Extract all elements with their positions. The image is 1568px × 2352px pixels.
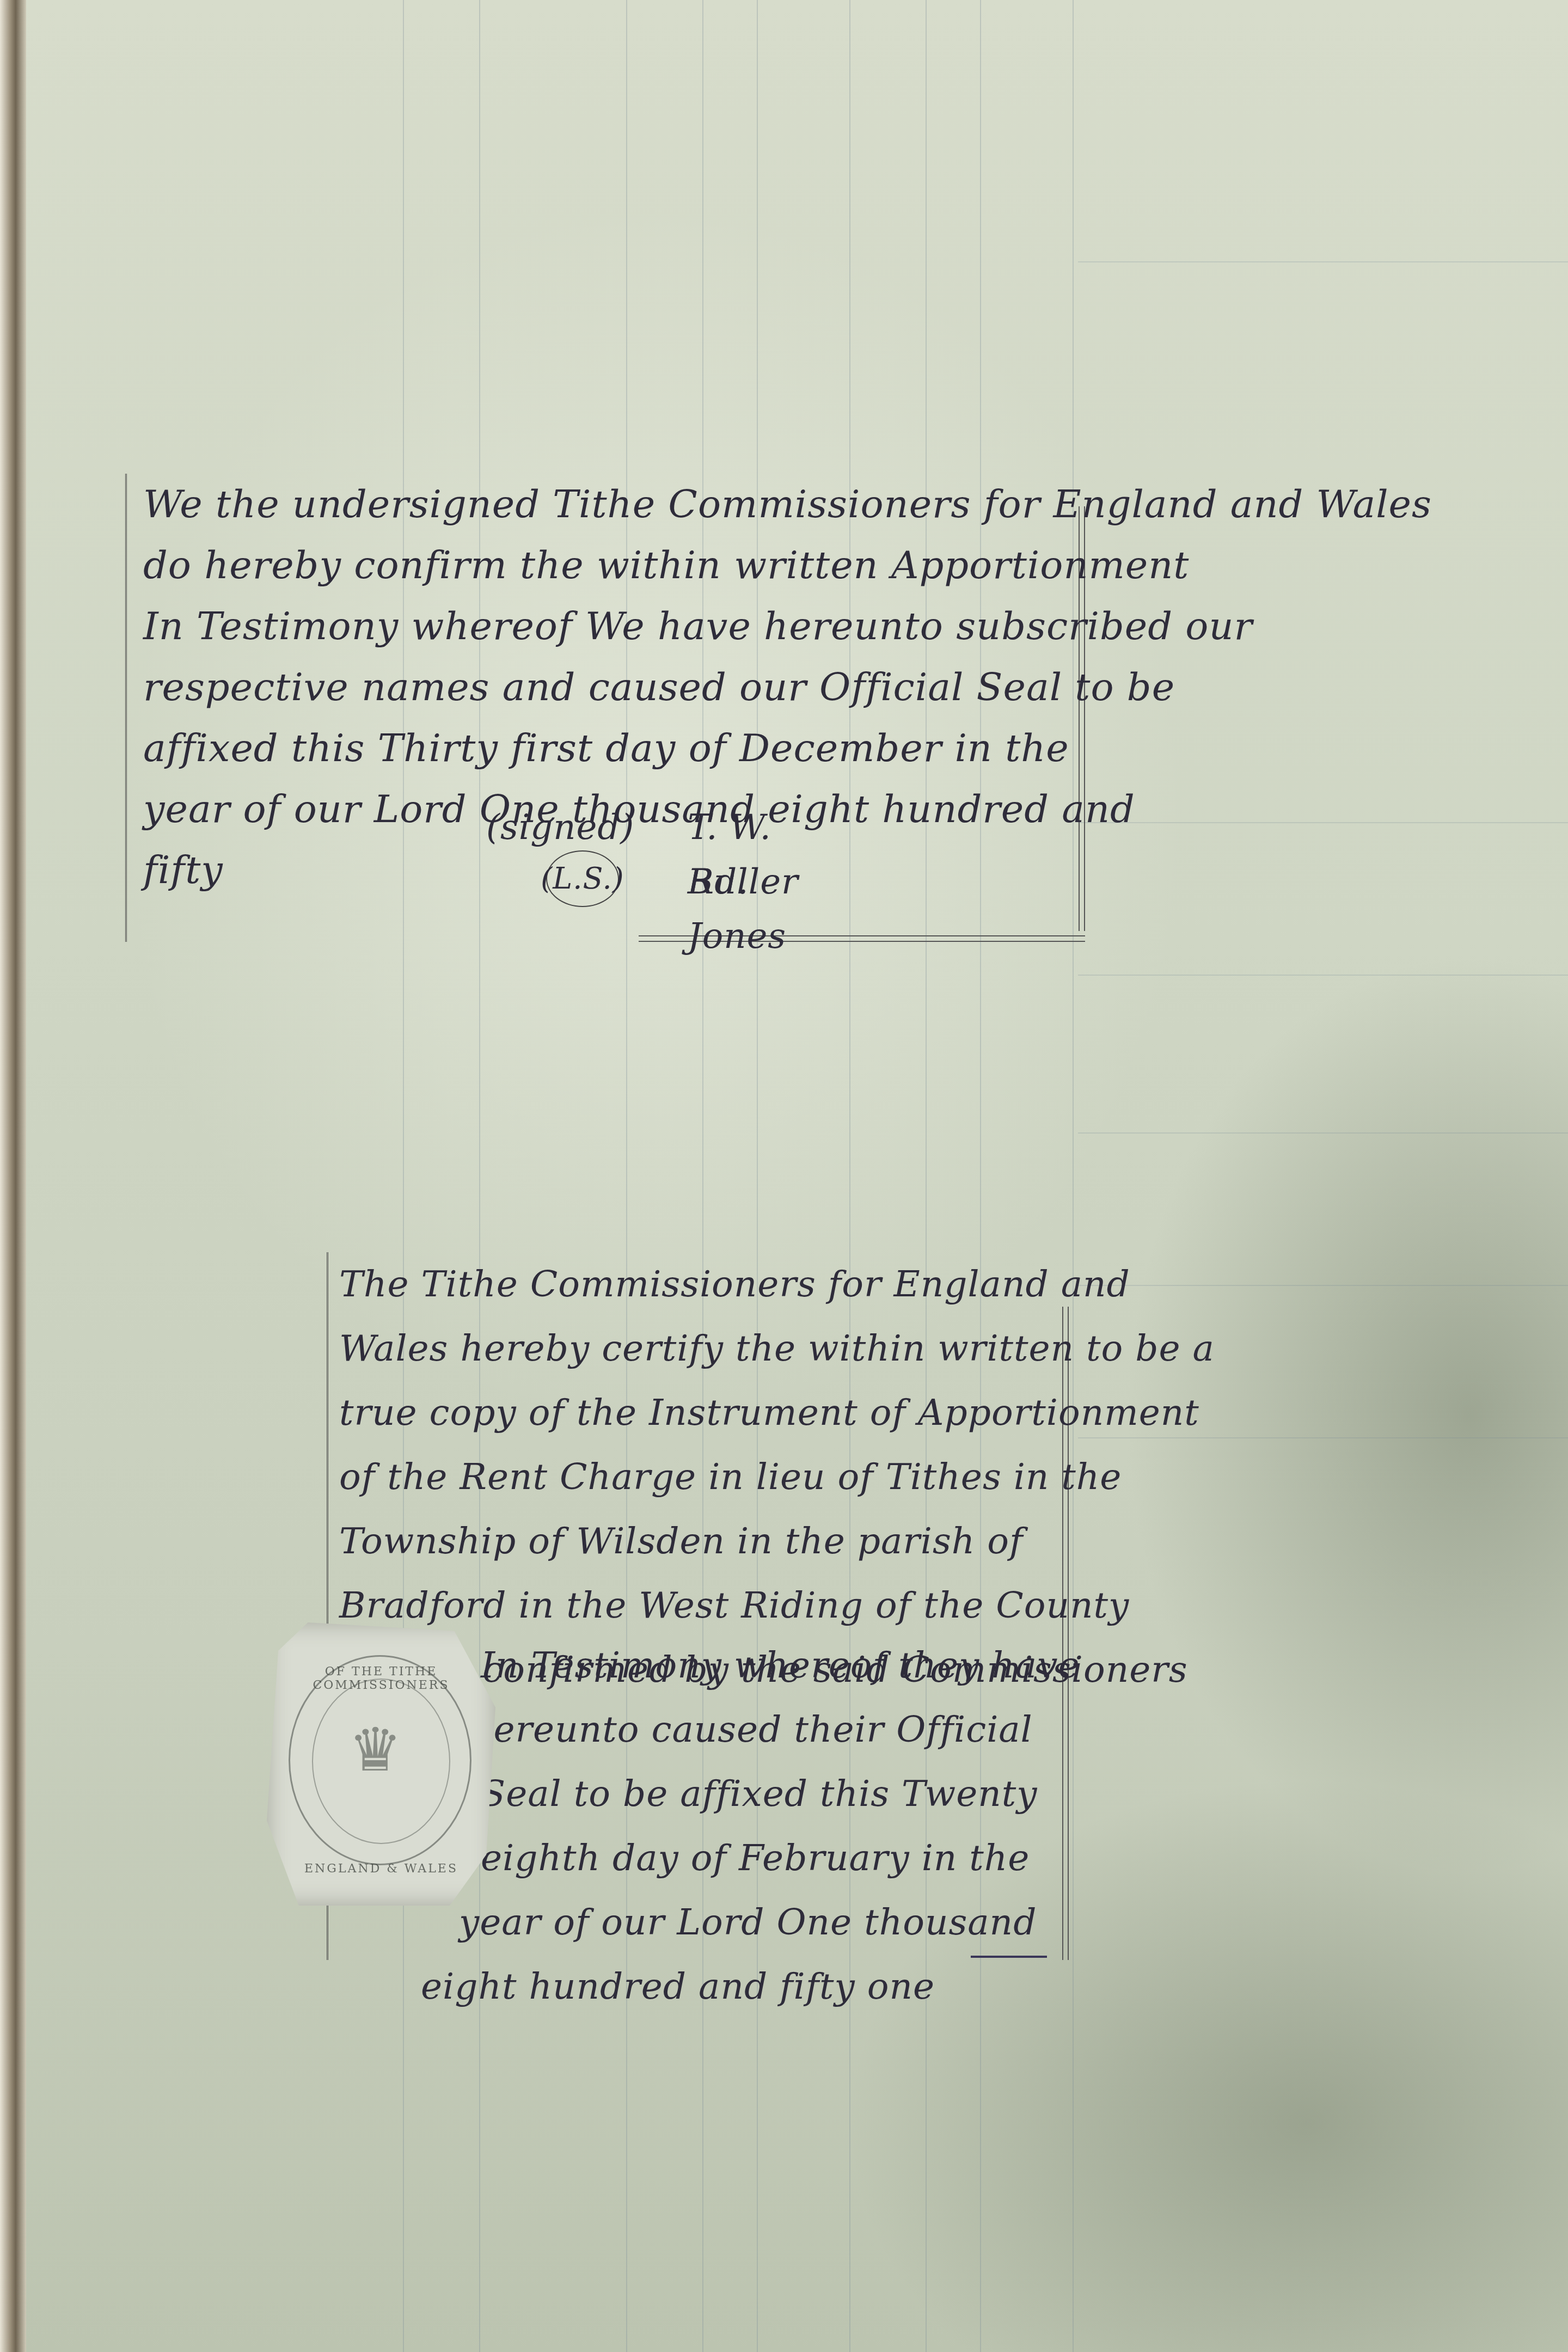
document-page: We the undersigned Tithe Commissioners f… bbox=[0, 0, 1568, 2352]
book-binding-edge bbox=[0, 0, 26, 2352]
text-line: year of our Lord One thousand bbox=[459, 1890, 1080, 1955]
text-line: Bradford in the West Riding of the Count… bbox=[339, 1573, 1215, 1638]
text-line: hereunto caused their Official bbox=[470, 1698, 1080, 1762]
text-line: Seal to be affixed this Twenty bbox=[481, 1762, 1080, 1826]
ledger-rule bbox=[1078, 1132, 1568, 1134]
confirmation-certificate: We the undersigned Tithe Commissioners f… bbox=[125, 474, 1085, 942]
text-line: The Tithe Commissioners for England and bbox=[339, 1252, 1215, 1316]
text-line: Township of Wilsden in the parish of bbox=[339, 1509, 1215, 1573]
locus-sigilli-mark: (L.S.) bbox=[546, 850, 619, 907]
text-line: of the Rent Charge in lieu of Tithes in … bbox=[339, 1445, 1215, 1509]
text-line: In Testimony whereof We have hereunto su… bbox=[143, 596, 1432, 657]
ledger-rule bbox=[1078, 261, 1568, 262]
text-line: eight hundred and fifty one bbox=[421, 1955, 1080, 2019]
coat-of-arms-icon: ♛ bbox=[348, 1715, 402, 1785]
text-line: In Testimony whereof they have bbox=[481, 1633, 1080, 1698]
text-line: affixed this Thirty first day of Decembe… bbox=[143, 718, 1432, 779]
text-line: eighth day of February in the bbox=[481, 1826, 1080, 1890]
seal-legend-top: OF THE TITHE COMMISSIONERS bbox=[267, 1665, 495, 1692]
seal-legend-bottom: ENGLAND & WALES bbox=[267, 1862, 495, 1876]
ledger-rule bbox=[1078, 975, 1568, 976]
tithe-commission-seal: OF THE TITHE COMMISSIONERS ♛ ENGLAND & W… bbox=[267, 1622, 495, 1906]
ledger-rule bbox=[403, 0, 404, 2352]
closing-flourish bbox=[971, 1956, 1047, 1958]
text-line: do hereby confirm the within written App… bbox=[143, 535, 1432, 596]
text-line: respective names and caused our Official… bbox=[143, 657, 1432, 718]
text-line: true copy of the Instrument of Apportion… bbox=[339, 1381, 1215, 1445]
signature-jones: Rd. Jones bbox=[688, 855, 786, 964]
text-line: We the undersigned Tithe Commissioners f… bbox=[143, 474, 1432, 535]
text-line: Wales hereby certify the within written … bbox=[339, 1316, 1215, 1381]
signed-label: (signed) bbox=[486, 800, 634, 855]
testimony-text: In Testimony whereof they have hereunto … bbox=[470, 1633, 1080, 2019]
